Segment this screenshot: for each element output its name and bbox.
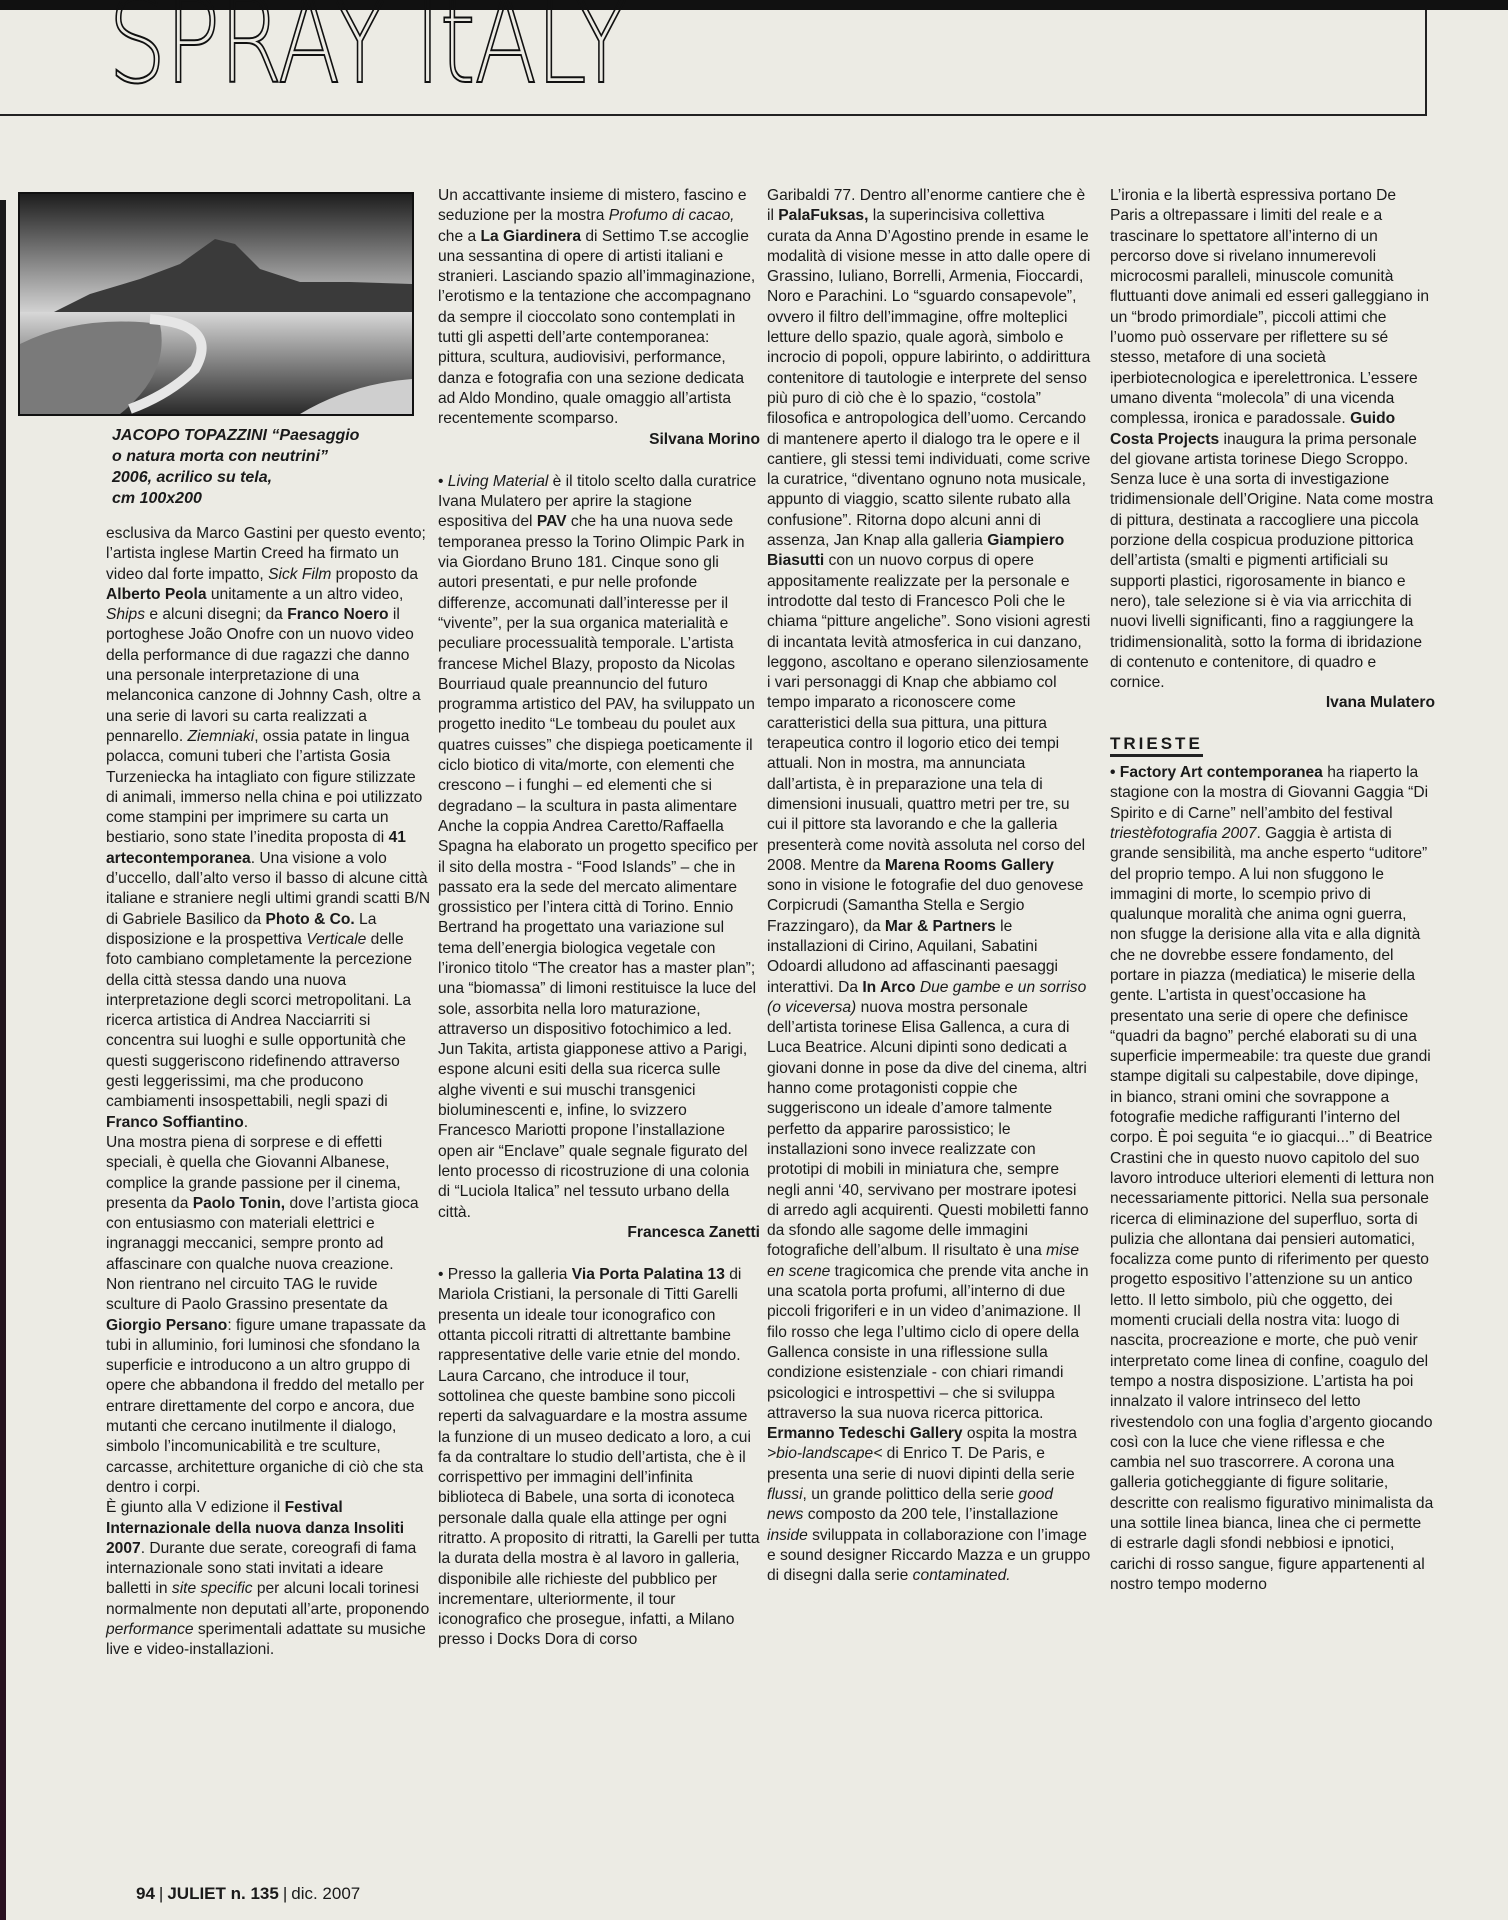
- page-binding-edge: [0, 200, 6, 1920]
- author-signature: Ivana Mulatero: [1110, 693, 1435, 713]
- landscape-painting-icon: [20, 194, 412, 414]
- article-paragraph: esclusiva da Marco Gastini per questo ev…: [106, 524, 431, 1133]
- section-title: SPRAY ItALY: [108, 0, 628, 100]
- artwork-caption: JACOPO TOPAZZINI “Paesaggio o natura mor…: [112, 425, 412, 509]
- article-column-3: Garibaldi 77. Dentro all’enorme cantiere…: [767, 186, 1092, 1586]
- article-paragraph: L’ironia e la libertà espressiva portano…: [1110, 186, 1435, 693]
- article-paragraph: Un accattivante insieme di mistero, fasc…: [438, 186, 760, 430]
- caption-line: o natura morta con neutrini”: [112, 446, 412, 467]
- spacer: [438, 450, 760, 472]
- article-paragraph: • Presso la galleria Via Porta Palatina …: [438, 1265, 760, 1651]
- article-column-2: Un accattivante insieme di mistero, fasc…: [438, 186, 760, 1651]
- article-paragraph: Garibaldi 77. Dentro all’enorme cantiere…: [767, 186, 1092, 1586]
- article-column-1: esclusiva da Marco Gastini per questo ev…: [106, 524, 431, 1661]
- article-paragraph: • Living Material è il titolo scelto dal…: [438, 472, 760, 1223]
- spacer: [438, 1243, 760, 1265]
- article-column-4: L’ironia e la libertà espressiva portano…: [1110, 186, 1435, 1595]
- magazine-issue: JULIET n. 135: [167, 1884, 278, 1903]
- author-signature: Francesca Zanetti: [438, 1223, 760, 1243]
- masthead: SPRAY ItALY: [0, 10, 1427, 116]
- article-paragraph: Non rientrano nel circuito TAG le ruvide…: [106, 1275, 431, 1498]
- city-section-heading: TRIESTE: [1110, 734, 1203, 757]
- artwork-image: [18, 192, 414, 416]
- page-footer: 94|JULIET n. 135|dic. 2007: [136, 1884, 360, 1904]
- caption-line: 2006, acrilico su tela,: [112, 467, 412, 488]
- caption-line: cm 100x200: [112, 488, 412, 509]
- page-number: 94: [136, 1884, 155, 1903]
- author-signature: Silvana Morino: [438, 430, 760, 450]
- article-paragraph: È giunto alla V edizione il Festival Int…: [106, 1498, 431, 1660]
- issue-date: dic. 2007: [291, 1884, 360, 1903]
- article-paragraph: • Factory Art contemporanea ha riaperto …: [1110, 763, 1435, 1595]
- caption-line: JACOPO TOPAZZINI “Paesaggio: [112, 425, 412, 446]
- article-paragraph: Una mostra piena di sorprese e di effett…: [106, 1133, 431, 1275]
